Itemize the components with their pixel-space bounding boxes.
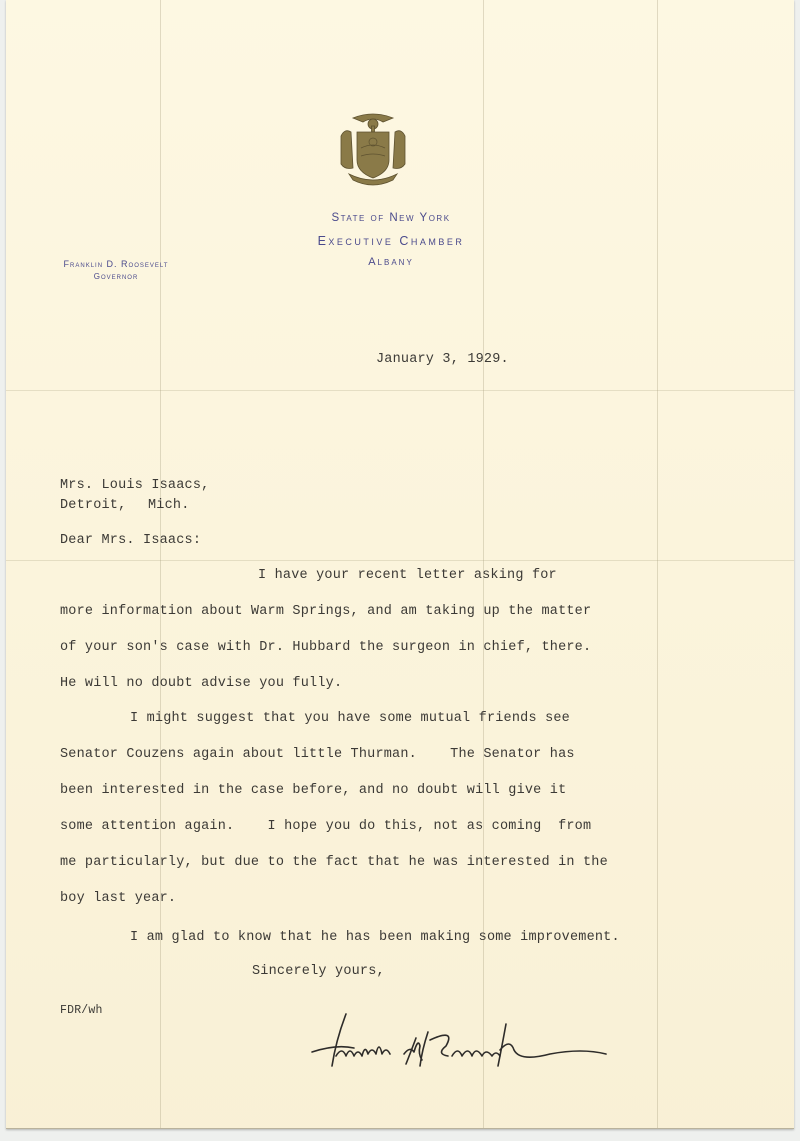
body-line: me particularly, but due to the fact tha… bbox=[60, 855, 608, 870]
body-line: boy last year. bbox=[60, 891, 176, 906]
recipient-state: Mich. bbox=[148, 498, 190, 513]
letterhead-executive-chamber: Executive Chamber bbox=[268, 234, 514, 248]
body-line: some attention again. I hope you do this… bbox=[60, 819, 591, 834]
salutation: Dear Mrs. Isaacs: bbox=[60, 533, 201, 548]
new-york-state-seal-icon bbox=[331, 108, 415, 192]
body-line: Senator Couzens again about little Thurm… bbox=[60, 747, 575, 762]
body-line: I might suggest that you have some mutua… bbox=[130, 711, 570, 726]
fold-line bbox=[6, 390, 794, 391]
fold-line bbox=[6, 560, 794, 561]
fold-line bbox=[657, 0, 658, 1128]
fold-line bbox=[160, 0, 161, 1128]
fold-line bbox=[483, 0, 484, 1128]
recipient-name: Mrs. Louis Isaacs, bbox=[60, 478, 209, 493]
governor-name: Franklin D. Roosevelt bbox=[26, 259, 206, 269]
letter-paper: State of New York Executive Chamber Alba… bbox=[6, 0, 794, 1129]
body-line: I am glad to know that he has been makin… bbox=[130, 930, 620, 945]
signature: Franklin D. Roosevelt bbox=[306, 1010, 646, 1080]
recipient-city: Detroit, bbox=[60, 498, 126, 513]
body-line: He will no doubt advise you fully. bbox=[60, 676, 342, 691]
reference-initials: FDR/wh bbox=[60, 1004, 103, 1017]
governor-title: Governor bbox=[66, 272, 166, 281]
body-line: of your son's case with Dr. Hubbard the … bbox=[60, 640, 591, 655]
body-line: I have your recent letter asking for bbox=[258, 568, 557, 583]
body-line: been interested in the case before, and … bbox=[60, 783, 566, 798]
letterhead-state: State of New York bbox=[276, 212, 506, 224]
letterhead-city: Albany bbox=[316, 256, 466, 268]
letter-date: January 3, 1929. bbox=[376, 352, 509, 367]
body-line: more information about Warm Springs, and… bbox=[60, 604, 591, 619]
closing: Sincerely yours, bbox=[252, 964, 385, 979]
